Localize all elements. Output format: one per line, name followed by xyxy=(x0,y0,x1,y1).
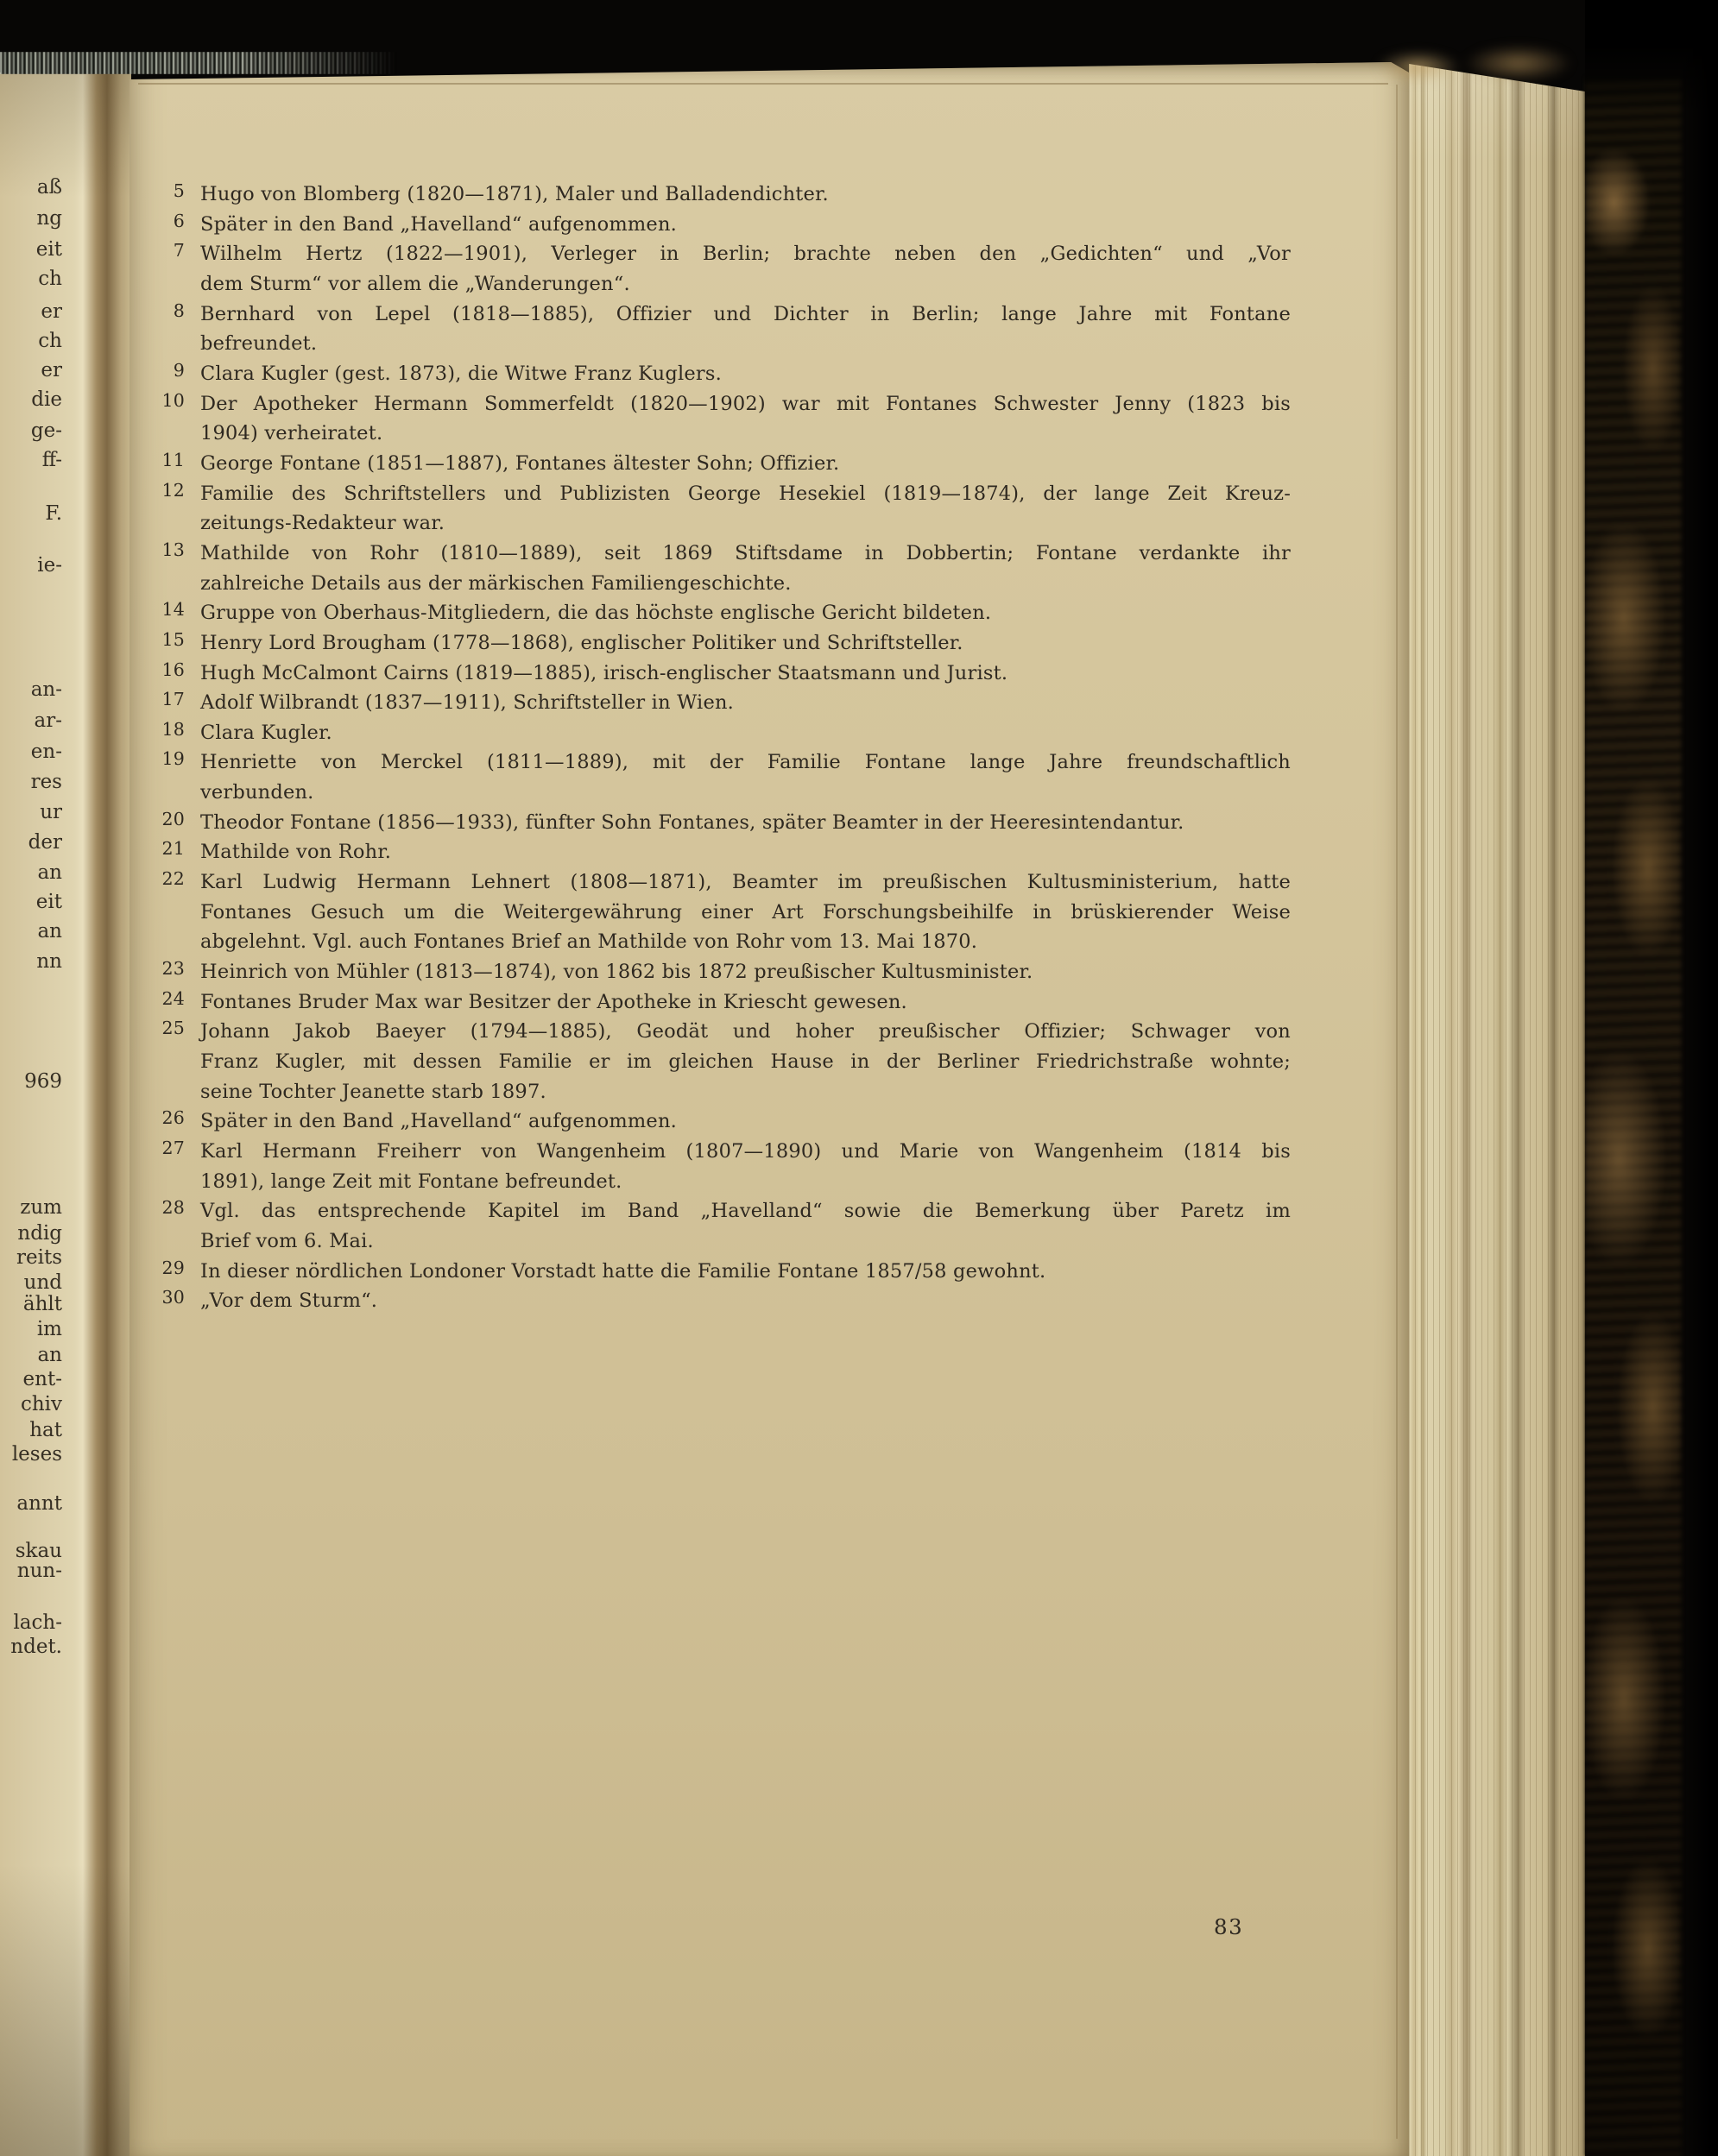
page-fragment: ar- xyxy=(35,709,62,732)
note-line: zahlreiche Details aus der märkischen Fa… xyxy=(200,569,1291,599)
page-fragment: und xyxy=(24,1271,62,1294)
note-row: 25Johann Jakob Baeyer (1794—1885), Geodä… xyxy=(200,1017,1291,1106)
page-fragment: an xyxy=(37,920,62,942)
page-fragment: ur xyxy=(40,801,62,823)
note-number: 14 xyxy=(154,595,185,625)
note-text: „Vor dem Sturm“. xyxy=(200,1286,1291,1316)
page-under-edge-top xyxy=(138,83,1388,85)
note-number: 29 xyxy=(154,1253,185,1283)
note-row: 30„Vor dem Sturm“. xyxy=(200,1286,1291,1316)
note-line: In dieser nördlichen Londoner Vorstadt h… xyxy=(200,1257,1291,1287)
page-fragment: chiv xyxy=(21,1393,62,1415)
note-line: Familie des Schriftstellers und Publizis… xyxy=(200,479,1291,509)
note-number: 15 xyxy=(154,625,185,655)
note-number: 26 xyxy=(154,1103,185,1133)
note-row: 8Bernhard von Lepel (1818—1885), Offizie… xyxy=(200,299,1291,359)
note-number: 7 xyxy=(154,236,185,266)
note-line: Später in den Band „Havelland“ aufgenomm… xyxy=(200,210,1291,240)
note-number: 8 xyxy=(154,296,185,326)
note-row: 27Karl Hermann Freiherr von Wangenheim (… xyxy=(200,1137,1291,1196)
page-fragment: ch xyxy=(38,268,62,290)
note-line: „Vor dem Sturm“. xyxy=(200,1286,1291,1316)
note-number: 13 xyxy=(154,535,185,565)
page-fragment: ng xyxy=(36,207,62,230)
note-text: Karl Hermann Freiherr von Wangenheim (18… xyxy=(200,1137,1291,1196)
note-row: 7Wilhelm Hertz (1822—1901), Verleger in … xyxy=(200,239,1291,299)
note-line: Adolf Wilbrandt (1837—1911), Schriftstel… xyxy=(200,688,1291,718)
page-fragment: annt xyxy=(16,1492,62,1515)
note-line: Bernhard von Lepel (1818—1885), Offizier… xyxy=(200,299,1291,330)
note-text: Fontanes Bruder Max war Besitzer der Apo… xyxy=(200,987,1291,1018)
note-text: Familie des Schriftstellers und Publizis… xyxy=(200,479,1291,539)
note-row: 22Karl Ludwig Hermann Lehnert (1808—1871… xyxy=(200,867,1291,957)
page-fragment: er xyxy=(41,300,62,323)
page-fragment: nn xyxy=(36,950,62,973)
note-row: 23Heinrich von Mühler (1813—1874), von 1… xyxy=(200,957,1291,987)
note-text: Heinrich von Mühler (1813—1874), von 186… xyxy=(200,957,1291,987)
page-fragment: ch xyxy=(38,330,62,352)
note-row: 17Adolf Wilbrandt (1837—1911), Schriftst… xyxy=(200,688,1291,718)
page-fragment: en- xyxy=(31,741,62,763)
note-text: Hugh McCalmont Cairns (1819—1885), irisc… xyxy=(200,659,1291,689)
note-line: dem Sturm“ vor allem die „Wanderungen“. xyxy=(200,269,1291,299)
note-row: 28Vgl. das entsprechende Kapitel im Band… xyxy=(200,1196,1291,1256)
note-number: 18 xyxy=(154,715,185,745)
note-text: Mathilde von Rohr (1810—1889), seit 1869… xyxy=(200,539,1291,598)
page-fragment: er xyxy=(41,359,62,381)
note-row: 15Henry Lord Brougham (1778—1868), engli… xyxy=(200,628,1291,659)
page-fragment: eit xyxy=(36,238,62,261)
note-text: Johann Jakob Baeyer (1794—1885), Geodät … xyxy=(200,1017,1291,1106)
note-number: 12 xyxy=(154,476,185,506)
note-row: 26Später in den Band „Havelland“ aufgeno… xyxy=(200,1106,1291,1137)
note-row: 11George Fontane (1851—1887), Fontanes ä… xyxy=(200,449,1291,479)
note-text: Bernhard von Lepel (1818—1885), Offizier… xyxy=(200,299,1291,359)
note-line: Der Apotheker Hermann Sommerfeldt (1820—… xyxy=(200,389,1291,419)
note-text: Theodor Fontane (1856—1933), fünfter Soh… xyxy=(200,808,1291,838)
note-line: Später in den Band „Havelland“ aufgenomm… xyxy=(200,1106,1291,1137)
note-line: seine Tochter Jeanette starb 1897. xyxy=(200,1077,1291,1107)
note-number: 27 xyxy=(154,1133,185,1163)
note-row: 16Hugh McCalmont Cairns (1819—1885), iri… xyxy=(200,659,1291,689)
page-fragment: ff- xyxy=(42,449,62,471)
note-row: 19Henriette von Merckel (1811—1889), mit… xyxy=(200,747,1291,807)
note-text: Der Apotheker Hermann Sommerfeldt (1820—… xyxy=(200,389,1291,449)
note-text: Hugo von Blomberg (1820—1871), Maler und… xyxy=(200,180,1291,210)
fore-edge-page-stack xyxy=(1409,60,1585,2156)
page-fragment: ge- xyxy=(31,419,62,442)
page-fragment: res xyxy=(31,771,62,793)
note-line: Clara Kugler. xyxy=(200,718,1291,748)
note-number: 28 xyxy=(154,1193,185,1223)
note-number: 5 xyxy=(154,176,185,206)
note-number: 20 xyxy=(154,804,185,835)
note-row: 20Theodor Fontane (1856—1933), fünfter S… xyxy=(200,808,1291,838)
note-number: 21 xyxy=(154,834,185,864)
page-fragment: an xyxy=(37,1344,62,1366)
note-line: Clara Kugler (gest. 1873), die Witwe Fra… xyxy=(200,359,1291,389)
note-text: Wilhelm Hertz (1822—1901), Verleger in B… xyxy=(200,239,1291,299)
page-fragment: ndet. xyxy=(10,1636,62,1658)
notes-list: 5Hugo von Blomberg (1820—1871), Maler un… xyxy=(200,180,1291,1316)
page-fragment: ählt xyxy=(23,1293,62,1315)
page-fragment: der xyxy=(28,831,62,854)
note-number: 19 xyxy=(154,744,185,774)
note-line: zeitungs-Redakteur war. xyxy=(200,508,1291,539)
note-text: Clara Kugler. xyxy=(200,718,1291,748)
note-line: Hugh McCalmont Cairns (1819—1885), irisc… xyxy=(200,659,1291,689)
note-number: 25 xyxy=(154,1013,185,1043)
note-text: George Fontane (1851—1887), Fontanes ält… xyxy=(200,449,1291,479)
page-fragment: 969 xyxy=(24,1070,62,1093)
note-line: Brief vom 6. Mai. xyxy=(200,1226,1291,1257)
page-fragment: im xyxy=(37,1318,62,1340)
note-number: 10 xyxy=(154,386,185,416)
note-row: 5Hugo von Blomberg (1820—1871), Maler un… xyxy=(200,180,1291,210)
book-photo-scene: aßngeitchercherdiege-ff-F.ie-an-ar-en-re… xyxy=(0,0,1718,2156)
page-fragment: reits xyxy=(16,1246,62,1269)
note-number: 16 xyxy=(154,655,185,685)
note-line: Wilhelm Hertz (1822—1901), Verleger in B… xyxy=(200,239,1291,269)
note-line: 1891), lange Zeit mit Fontane befreundet… xyxy=(200,1167,1291,1197)
note-number: 11 xyxy=(154,445,185,476)
note-line: Fontanes Gesuch um die Weitergewährung e… xyxy=(200,898,1291,928)
note-text: Clara Kugler (gest. 1873), die Witwe Fra… xyxy=(200,359,1291,389)
note-line: Henriette von Merckel (1811—1889), mit d… xyxy=(200,747,1291,778)
note-row: 10Der Apotheker Hermann Sommerfeldt (182… xyxy=(200,389,1291,449)
note-line: Theodor Fontane (1856—1933), fünfter Soh… xyxy=(200,808,1291,838)
note-number: 23 xyxy=(154,954,185,984)
note-line: abgelehnt. Vgl. auch Fontanes Brief an M… xyxy=(200,927,1291,957)
note-number: 9 xyxy=(154,356,185,386)
note-line: Heinrich von Mühler (1813—1874), von 186… xyxy=(200,957,1291,987)
note-line: Mathilde von Rohr (1810—1889), seit 1869… xyxy=(200,539,1291,569)
note-line: George Fontane (1851—1887), Fontanes ält… xyxy=(200,449,1291,479)
note-line: befreundet. xyxy=(200,329,1291,359)
page-fragment: zum xyxy=(20,1196,62,1219)
note-line: verbunden. xyxy=(200,778,1291,808)
marbled-cover-texture xyxy=(1585,78,1682,2156)
page-fragment: ndig xyxy=(17,1222,62,1245)
cover-shadow-right xyxy=(1677,0,1718,2156)
note-row: 24Fontanes Bruder Max war Besitzer der A… xyxy=(200,987,1291,1018)
note-number: 22 xyxy=(154,864,185,894)
fragments-layer: aßngeitchercherdiege-ff-F.ie-an-ar-en-re… xyxy=(0,0,69,2156)
note-row: 21Mathilde von Rohr. xyxy=(200,837,1291,867)
page-number: 83 xyxy=(1214,1914,1243,1939)
note-text: Henriette von Merckel (1811—1889), mit d… xyxy=(200,747,1291,807)
page-fragment: ie- xyxy=(37,554,62,577)
note-row: 18Clara Kugler. xyxy=(200,718,1291,748)
page-fragment: aß xyxy=(37,176,62,199)
page-fragment: leses xyxy=(12,1443,62,1466)
page-fragment: eit xyxy=(36,891,62,913)
page-fragment: die xyxy=(31,388,62,411)
note-line: 1904) verheiratet. xyxy=(200,419,1291,449)
note-line: Vgl. das entsprechende Kapitel im Band „… xyxy=(200,1196,1291,1226)
note-line: Karl Ludwig Hermann Lehnert (1808—1871),… xyxy=(200,867,1291,898)
note-row: 13Mathilde von Rohr (1810—1889), seit 18… xyxy=(200,539,1291,598)
page-fragment: an- xyxy=(31,678,62,701)
note-row: 12Familie des Schriftstellers und Publiz… xyxy=(200,479,1291,539)
note-line: Gruppe von Oberhaus-Mitgliedern, die das… xyxy=(200,598,1291,628)
note-text: Vgl. das entsprechende Kapitel im Band „… xyxy=(200,1196,1291,1256)
page-under-edge-right xyxy=(1396,85,1398,2139)
page-fragment: hat xyxy=(29,1419,62,1441)
main-page: 5Hugo von Blomberg (1820—1871), Maler un… xyxy=(129,62,1409,2156)
note-line: Henry Lord Brougham (1778—1868), englisc… xyxy=(200,628,1291,659)
note-text: Adolf Wilbrandt (1837—1911), Schriftstel… xyxy=(200,688,1291,718)
note-row: 14Gruppe von Oberhaus-Mitgliedern, die d… xyxy=(200,598,1291,628)
note-text: Später in den Band „Havelland“ aufgenomm… xyxy=(200,210,1291,240)
note-row: 6Später in den Band „Havelland“ aufgenom… xyxy=(200,210,1291,240)
blurred-page-corner-highlights xyxy=(1355,22,1606,97)
note-text: Gruppe von Oberhaus-Mitgliedern, die das… xyxy=(200,598,1291,628)
note-number: 24 xyxy=(154,984,185,1014)
note-text: Henry Lord Brougham (1778—1868), englisc… xyxy=(200,628,1291,659)
page-fragment: F. xyxy=(45,502,62,525)
note-text: Mathilde von Rohr. xyxy=(200,837,1291,867)
note-line: Johann Jakob Baeyer (1794—1885), Geodät … xyxy=(200,1017,1291,1047)
note-line: Franz Kugler, mit dessen Familie er im g… xyxy=(200,1047,1291,1077)
note-text: Karl Ludwig Hermann Lehnert (1808—1871),… xyxy=(200,867,1291,957)
note-row: 9Clara Kugler (gest. 1873), die Witwe Fr… xyxy=(200,359,1291,389)
note-line: Hugo von Blomberg (1820—1871), Maler und… xyxy=(200,180,1291,210)
note-line: Mathilde von Rohr. xyxy=(200,837,1291,867)
note-number: 6 xyxy=(154,206,185,236)
note-line: Karl Hermann Freiherr von Wangenheim (18… xyxy=(200,1137,1291,1167)
note-text: In dieser nördlichen Londoner Vorstadt h… xyxy=(200,1257,1291,1287)
page-fragment: ent- xyxy=(23,1368,62,1390)
page-fragment: an xyxy=(37,861,62,884)
note-row: 29In dieser nördlichen Londoner Vorstadt… xyxy=(200,1257,1291,1287)
book-cover-strip xyxy=(1585,0,1718,2156)
note-text: Später in den Band „Havelland“ aufgenomm… xyxy=(200,1106,1291,1137)
note-number: 17 xyxy=(154,684,185,715)
page-fragment: lach- xyxy=(13,1611,62,1634)
note-line: Fontanes Bruder Max war Besitzer der Apo… xyxy=(200,987,1291,1018)
headband-weave xyxy=(0,52,406,74)
page-fragment: nun- xyxy=(17,1560,62,1582)
note-number: 30 xyxy=(154,1283,185,1313)
